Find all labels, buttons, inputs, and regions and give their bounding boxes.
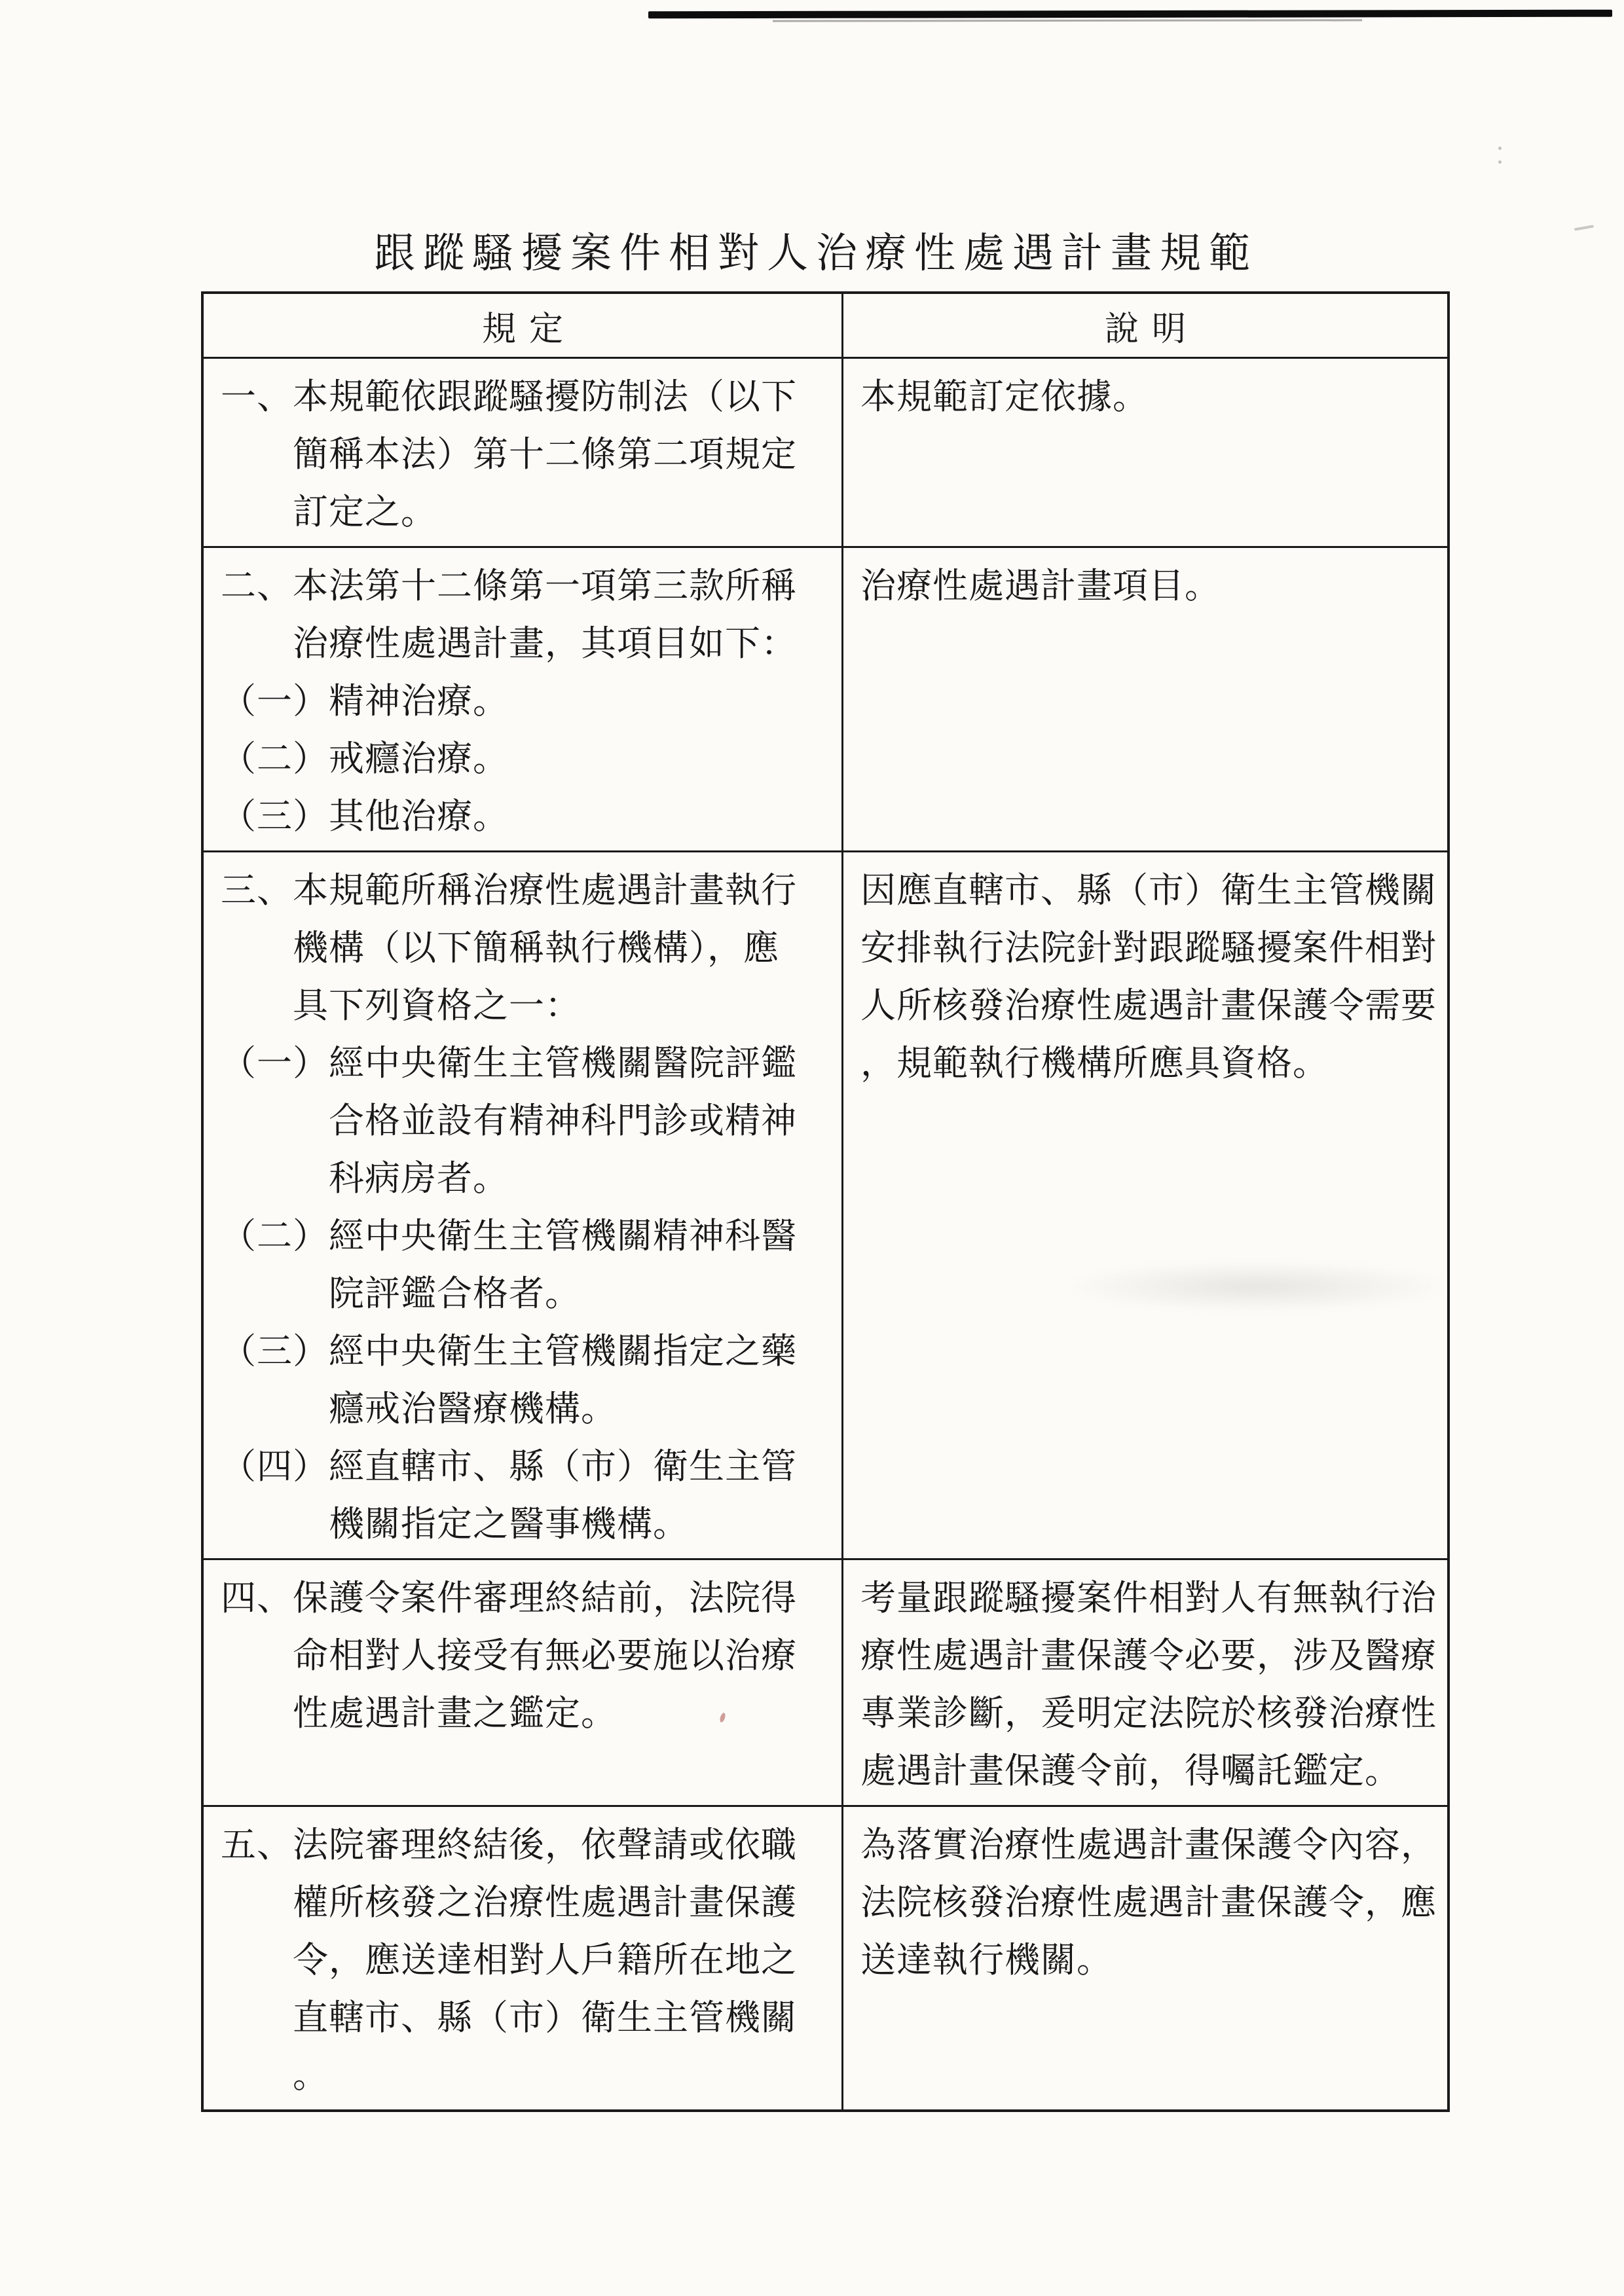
text-line: 處遇計畫保護令前，得囑託鑑定。: [860, 1742, 1439, 1800]
text-line: 一、本規範依跟蹤騷擾防制法（以下: [221, 368, 834, 426]
text-line: 人所核發治療性處遇計畫保護令需要: [860, 977, 1439, 1034]
table-row: 二、本法第十二條第一項第三款所稱治療性處遇計畫，其項目如下：（一）精神治療。（二…: [204, 546, 1447, 850]
text-line: 簡稱本法）第十二條第二項規定: [221, 426, 834, 483]
regulation-table: 規定 說明 一、本規範依跟蹤騷擾防制法（以下簡稱本法）第十二條第二項規定訂定之。…: [201, 291, 1450, 2112]
text-line: 安排執行法院針對跟蹤騷擾案件相對: [860, 919, 1439, 977]
explanation-cell: 考量跟蹤騷擾案件相對人有無執行治療性處遇計畫保護令必要，涉及醫療專業診斷，爰明定…: [843, 1560, 1447, 1805]
text-line: （二）經中央衛生主管機關精神科醫: [221, 1207, 834, 1265]
text-line: （二）戒癮治療。: [221, 730, 834, 788]
text-line: 療性處遇計畫保護令必要，涉及醫療: [860, 1627, 1439, 1685]
column-header-explanation: 說明: [843, 294, 1447, 357]
text-line: （一）精神治療。: [221, 672, 834, 730]
page-title: 跟蹤騷擾案件相對人治療性處遇計畫規範: [0, 220, 1624, 280]
text-line: 性處遇計畫之鑑定。: [221, 1685, 834, 1742]
text-line: 專業診斷，爰明定法院於核發治療性: [860, 1685, 1439, 1742]
text-line: 本規範訂定依據。: [860, 368, 1439, 426]
text-line: 院評鑑合格者。: [221, 1265, 834, 1322]
text-line: 治療性處遇計畫，其項目如下：: [221, 615, 834, 672]
text-line: 權所核發之治療性處遇計畫保護: [221, 1874, 834, 1931]
text-line: （一）經中央衛生主管機關醫院評鑑: [221, 1034, 834, 1092]
text-line: 四、保護令案件審理終結前，法院得: [221, 1569, 834, 1627]
text-line: 合格並設有精神科門診或精神: [221, 1092, 834, 1150]
explanation-cell: 本規範訂定依據。: [843, 359, 1447, 546]
regulation-cell: 三、本規範所稱治療性處遇計畫執行機構（以下簡稱執行機構），應具下列資格之一：（一…: [204, 852, 843, 1558]
explanation-cell: 因應直轄市、縣（市）衛生主管機關安排執行法院針對跟蹤騷擾案件相對人所核發治療性處…: [843, 852, 1447, 1558]
text-line: 送達執行機關。: [860, 1931, 1439, 1989]
text-line: （四）經直轄市、縣（市）衛生主管: [221, 1438, 834, 1495]
text-line: 科病房者。: [221, 1150, 834, 1207]
table-row: 一、本規範依跟蹤騷擾防制法（以下簡稱本法）第十二條第二項規定訂定之。本規範訂定依…: [204, 357, 1447, 546]
regulation-cell: 五、法院審理終結後，依聲請或依職權所核發之治療性處遇計畫保護令，應送達相對人戶籍…: [204, 1807, 843, 2109]
text-line: ，規範執行機構所應具資格。: [860, 1034, 1439, 1092]
text-line: 。: [221, 2047, 834, 2104]
text-line: 命相對人接受有無必要施以治療: [221, 1627, 834, 1685]
text-line: 為落實治療性處遇計畫保護令內容，: [860, 1816, 1439, 1874]
text-line: （三）其他治療。: [221, 788, 834, 845]
scan-artifact-line: [648, 10, 1612, 19]
text-line: 令，應送達相對人戶籍所在地之: [221, 1931, 834, 1989]
table-row: 五、法院審理終結後，依聲請或依職權所核發之治療性處遇計畫保護令，應送達相對人戶籍…: [204, 1805, 1447, 2109]
text-line: 三、本規範所稱治療性處遇計畫執行: [221, 862, 834, 919]
scanned-document-page: 跟蹤騷擾案件相對人治療性處遇計畫規範 規定 說明 一、本規範依跟蹤騷擾防制法（以…: [0, 0, 1624, 2296]
scan-artifact-dots: [1498, 145, 1502, 165]
explanation-cell: 為落實治療性處遇計畫保護令內容，法院核發治療性處遇計畫保護令，應送達執行機關。: [843, 1807, 1447, 2109]
table-row: 三、本規範所稱治療性處遇計畫執行機構（以下簡稱執行機構），應具下列資格之一：（一…: [204, 850, 1447, 1558]
text-line: 因應直轄市、縣（市）衛生主管機關: [860, 862, 1439, 919]
column-header-regulation: 規定: [204, 294, 843, 357]
scan-artifact-line-echo: [773, 19, 1362, 22]
text-line: 五、法院審理終結後，依聲請或依職: [221, 1816, 834, 1874]
text-line: 二、本法第十二條第一項第三款所稱: [221, 557, 834, 615]
text-line: 機構（以下簡稱執行機構），應: [221, 919, 834, 977]
text-line: 直轄市、縣（市）衛生主管機關: [221, 1989, 834, 2047]
text-line: 法院核發治療性處遇計畫保護令，應: [860, 1874, 1439, 1931]
text-line: （三）經中央衛生主管機關指定之藥: [221, 1322, 834, 1380]
text-line: 具下列資格之一：: [221, 977, 834, 1034]
regulation-cell: 四、保護令案件審理終結前，法院得命相對人接受有無必要施以治療性處遇計畫之鑑定。: [204, 1560, 843, 1805]
regulation-cell: 一、本規範依跟蹤騷擾防制法（以下簡稱本法）第十二條第二項規定訂定之。: [204, 359, 843, 546]
explanation-cell: 治療性處遇計畫項目。: [843, 548, 1447, 850]
text-line: 機關指定之醫事機構。: [221, 1495, 834, 1553]
text-line: 訂定之。: [221, 483, 834, 541]
table-row: 四、保護令案件審理終結前，法院得命相對人接受有無必要施以治療性處遇計畫之鑑定。考…: [204, 1558, 1447, 1805]
regulation-cell: 二、本法第十二條第一項第三款所稱治療性處遇計畫，其項目如下：（一）精神治療。（二…: [204, 548, 843, 850]
table-rows: 一、本規範依跟蹤騷擾防制法（以下簡稱本法）第十二條第二項規定訂定之。本規範訂定依…: [204, 357, 1447, 2109]
text-line: 癮戒治醫療機構。: [221, 1380, 834, 1438]
table-header-row: 規定 說明: [204, 294, 1447, 357]
text-line: 考量跟蹤騷擾案件相對人有無執行治: [860, 1569, 1439, 1627]
text-line: 治療性處遇計畫項目。: [860, 557, 1439, 615]
